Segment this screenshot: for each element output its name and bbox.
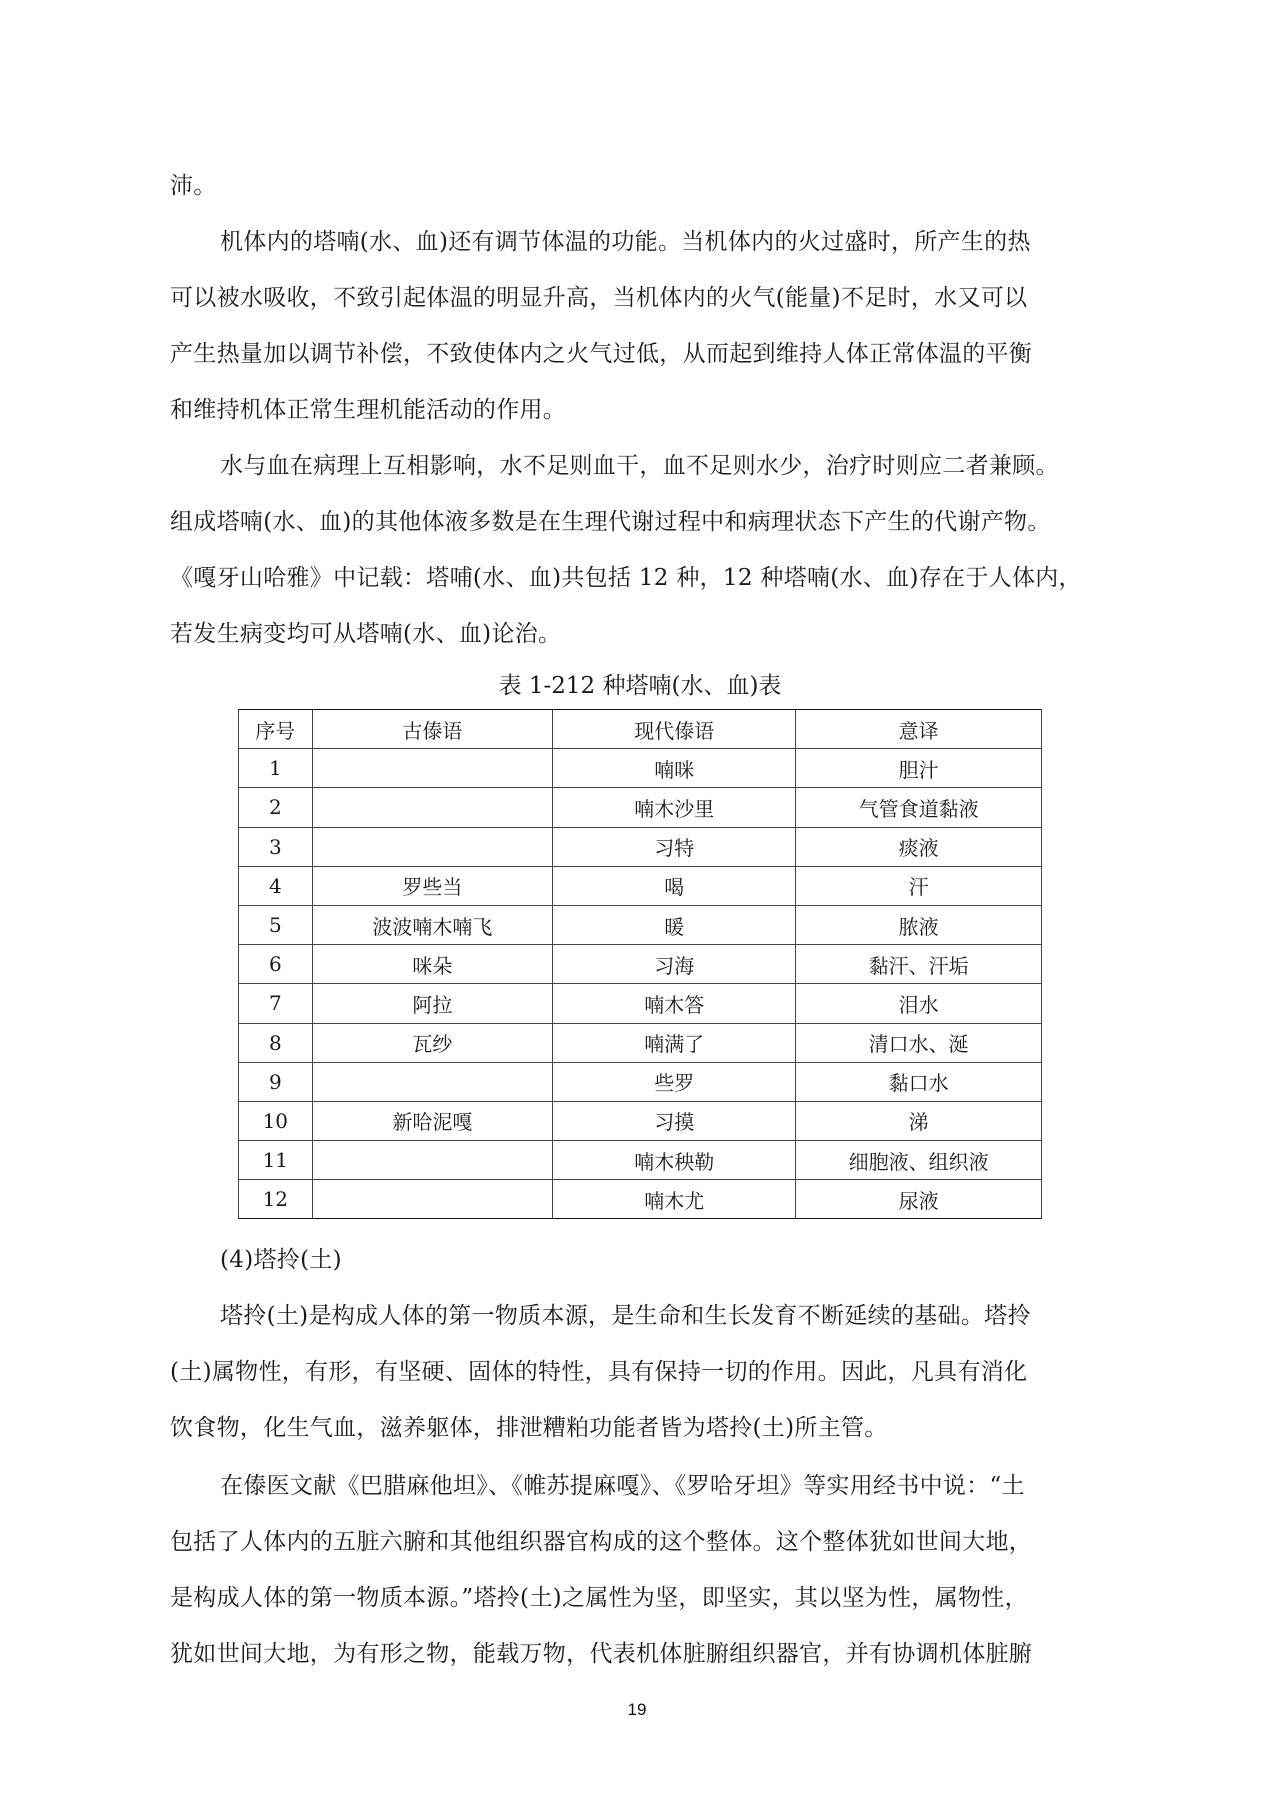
cell: 新哈泥嘎 bbox=[312, 1101, 553, 1140]
cell: 12 bbox=[239, 1180, 313, 1219]
cell: 10 bbox=[239, 1101, 313, 1140]
paragraph-line: 水与血在病理上互相影响，水不足则血干，血不足则水少，治疗时则应二者兼顾。 bbox=[220, 452, 1180, 480]
cell bbox=[312, 1141, 553, 1180]
cell bbox=[312, 788, 553, 827]
cell: 气管食道黏液 bbox=[796, 788, 1042, 827]
cell bbox=[312, 749, 553, 788]
page-number: 19 bbox=[0, 1700, 1274, 1720]
cell bbox=[312, 1062, 553, 1101]
cell bbox=[312, 1180, 553, 1219]
cell: 2 bbox=[239, 788, 313, 827]
header-cell-ancient-dai: 古傣语 bbox=[312, 710, 553, 749]
cell: 5 bbox=[239, 905, 313, 944]
paragraph-line: 沛。 bbox=[170, 172, 1130, 200]
table-row: 8瓦纱喃满了清口水、涎 bbox=[239, 1023, 1042, 1062]
cell: 尿液 bbox=[796, 1180, 1042, 1219]
table-row: 12喃木尤尿液 bbox=[239, 1180, 1042, 1219]
cell: 痰液 bbox=[796, 827, 1042, 866]
table-row: 3习特痰液 bbox=[239, 827, 1042, 866]
paragraph-line: 饮食物，化生气血，滋养躯体，排泄糟粕功能者皆为塔拎(土)所主管。 bbox=[170, 1414, 1130, 1442]
cell: 涕 bbox=[796, 1101, 1042, 1140]
cell: 11 bbox=[239, 1141, 313, 1180]
cell: 胆汁 bbox=[796, 749, 1042, 788]
cell: 习摸 bbox=[553, 1101, 796, 1140]
table-row: 2喃木沙里气管食道黏液 bbox=[239, 788, 1042, 827]
cell: 喃咪 bbox=[553, 749, 796, 788]
cell bbox=[312, 827, 553, 866]
cell: 7 bbox=[239, 984, 313, 1023]
cell: 清口水、涎 bbox=[796, 1023, 1042, 1062]
cell: 6 bbox=[239, 945, 313, 984]
paragraph-line: 和维持机体正常生理机能活动的作用。 bbox=[170, 396, 1130, 424]
paragraph-line: 犹如世间大地，为有形之物，能载万物，代表机体脏腑组织器官，并有协调机体脏腑 bbox=[170, 1640, 1130, 1668]
cell: 暖 bbox=[553, 905, 796, 944]
cell: 喝 bbox=[553, 866, 796, 905]
header-cell-modern-dai: 现代傣语 bbox=[553, 710, 796, 749]
paragraph-line: 塔拎(土)是构成人体的第一物质本源，是生命和生长发育不断延续的基础。塔拎 bbox=[220, 1302, 1180, 1330]
cell: 喃满了 bbox=[553, 1023, 796, 1062]
table-row: 4罗些当喝汗 bbox=[239, 866, 1042, 905]
cell: 泪水 bbox=[796, 984, 1042, 1023]
table-row: 11喃木秧勒细胞液、组织液 bbox=[239, 1141, 1042, 1180]
cell: 喃木沙里 bbox=[553, 788, 796, 827]
cell: 3 bbox=[239, 827, 313, 866]
paragraph-line: 包括了人体内的五脏六腑和其他组织器官构成的这个整体。这个整体犹如世间大地， bbox=[170, 1528, 1130, 1556]
paragraph-line: 组成塔喃(水、血)的其他体液多数是在生理代谢过程中和病理状态下产生的代谢产物。 bbox=[170, 508, 1130, 536]
cell: 1 bbox=[239, 749, 313, 788]
cell: 黏口水 bbox=[796, 1062, 1042, 1101]
table-row: 6咪朵习海黏汗、汗垢 bbox=[239, 945, 1042, 984]
cell: 喃木答 bbox=[553, 984, 796, 1023]
cell: 喃木秧勒 bbox=[553, 1141, 796, 1180]
cell: 瓦纱 bbox=[312, 1023, 553, 1062]
paragraph-line: 《嘎牙山哈雅》中记载：塔哺(水、血)共包括 12 种，12 种塔喃(水、血)存在… bbox=[170, 564, 1130, 592]
fluids-table: 序号 古傣语 现代傣语 意译 1喃咪胆汁 2喃木沙里气管食道黏液 3习特痰液 4… bbox=[238, 709, 1042, 1219]
table-caption: 表 1-212 种塔喃(水、血)表 bbox=[240, 672, 1040, 700]
cell: 阿拉 bbox=[312, 984, 553, 1023]
paragraph-line: 可以被水吸收，不致引起体温的明显升高，当机体内的火气(能量)不足时，水又可以 bbox=[170, 284, 1130, 312]
paragraph-line: (土)属物性，有形，有坚硬、固体的特性，具有保持一切的作用。因此，凡具有消化 bbox=[170, 1358, 1130, 1386]
cell: 波波喃木喃飞 bbox=[312, 905, 553, 944]
cell: 些罗 bbox=[553, 1062, 796, 1101]
cell: 细胞液、组织液 bbox=[796, 1141, 1042, 1180]
cell: 脓液 bbox=[796, 905, 1042, 944]
paragraph-line: 产生热量加以调节补偿，不致使体内之火气过低，从而起到维持人体正常体温的平衡 bbox=[170, 340, 1130, 368]
cell: 汗 bbox=[796, 866, 1042, 905]
paragraph-line: 是构成人体的第一物质本源。”塔拎(土)之属性为坚，即坚实，其以坚为性，属物性， bbox=[170, 1584, 1130, 1612]
table-row: 7阿拉喃木答泪水 bbox=[239, 984, 1042, 1023]
cell: 4 bbox=[239, 866, 313, 905]
table-header-row: 序号 古傣语 现代傣语 意译 bbox=[239, 710, 1042, 749]
header-cell-index: 序号 bbox=[239, 710, 313, 749]
table-row: 10新哈泥嘎习摸涕 bbox=[239, 1101, 1042, 1140]
paragraph-line: 在傣医文献《巴腊麻他坦》、《帷苏提麻嘎》、《罗哈牙坦》等实用经书中说：“土 bbox=[220, 1472, 1180, 1500]
cell: 黏汗、汗垢 bbox=[796, 945, 1042, 984]
table-row: 5波波喃木喃飞暖脓液 bbox=[239, 905, 1042, 944]
cell: 罗些当 bbox=[312, 866, 553, 905]
table-row: 1喃咪胆汁 bbox=[239, 749, 1042, 788]
cell: 9 bbox=[239, 1062, 313, 1101]
cell: 习海 bbox=[553, 945, 796, 984]
header-cell-translation: 意译 bbox=[796, 710, 1042, 749]
paragraph-line: 机体内的塔喃(水、血)还有调节体温的功能。当机体内的火过盛时，所产生的热 bbox=[220, 228, 1180, 256]
cell: 咪朵 bbox=[312, 945, 553, 984]
table-row: 9些罗黏口水 bbox=[239, 1062, 1042, 1101]
cell: 喃木尤 bbox=[553, 1180, 796, 1219]
document-page: 沛。 机体内的塔喃(水、血)还有调节体温的功能。当机体内的火过盛时，所产生的热 … bbox=[0, 0, 1274, 1801]
paragraph-line: 若发生病变均可从塔喃(水、血)论治。 bbox=[170, 620, 1130, 648]
cell: 习特 bbox=[553, 827, 796, 866]
cell: 8 bbox=[239, 1023, 313, 1062]
section-heading: (4)塔拎(土) bbox=[220, 1246, 1180, 1274]
